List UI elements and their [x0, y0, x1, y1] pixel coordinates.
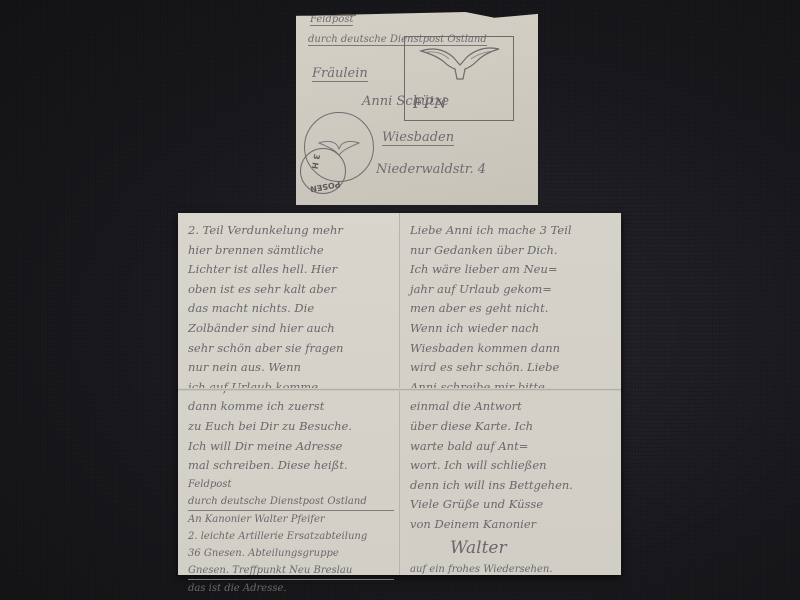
right-page-text: Liebe Anni ich mache 3 Teilnur Gedanken …: [410, 221, 615, 578]
handwritten-line: Gnesen. Treffpunkt Neu Breslau: [188, 562, 394, 580]
handwritten-line: zu Euch bei Dir zu Besuche.: [188, 417, 394, 437]
handwritten-line: warte bald auf Ant=: [410, 437, 615, 457]
letter-page-left: 2. Teil Verdunkelung mehrhier brennen sä…: [178, 213, 400, 575]
horizontal-fold-crease: [178, 388, 621, 391]
handwritten-letter: 2. Teil Verdunkelung mehrhier brennen sä…: [178, 213, 621, 575]
handwritten-line: denn ich will ins Bettgehen.: [410, 476, 615, 496]
handwritten-line: von Deinem Kanonier: [410, 515, 615, 535]
handwritten-line: 2. Teil Verdunkelung mehr: [188, 221, 394, 241]
handwritten-line: 36 Gnesen. Abteilungsgruppe: [188, 545, 394, 562]
envelope-recipient-city: Wiesbaden: [382, 130, 454, 146]
handwritten-line: mal schreiben. Diese heißt.: [188, 456, 394, 476]
handwritten-line: Viele Grüße und Küsse: [410, 495, 615, 515]
handwritten-line: dann komme ich zuerst: [188, 397, 394, 417]
handwritten-line: wird es sehr schön. Liebe: [410, 358, 615, 378]
handwritten-line: Ich will Dir meine Adresse: [188, 437, 394, 457]
handwritten-line: Liebe Anni ich mache 3 Teil: [410, 221, 615, 241]
handwritten-line: 2. leichte Artillerie Ersatzabteilung: [188, 528, 394, 545]
handwritten-line: jahr auf Urlaub gekom=: [410, 280, 615, 300]
handwritten-line: Feldpost: [188, 476, 394, 493]
handwritten-line: Walter: [450, 535, 615, 561]
handwritten-line: wort. Ich will schließen: [410, 456, 615, 476]
handwritten-line: über diese Karte. Ich: [410, 417, 615, 437]
letter-page-right: Liebe Anni ich mache 3 Teilnur Gedanken …: [400, 213, 621, 575]
handwritten-line: men aber es geht nicht.: [410, 299, 615, 319]
handwritten-line: Ich wäre lieber am Neu=: [410, 260, 615, 280]
handwritten-line: Lichter ist alles hell. Hier: [188, 260, 394, 280]
handwritten-line: Wenn ich wieder nach: [410, 319, 615, 339]
envelope-recipient-name: Anni Schütze: [362, 94, 449, 109]
handwritten-line: oben ist es sehr kalt aber: [188, 280, 394, 300]
envelope-recipient-street: Niederwaldstr. 4: [376, 162, 486, 177]
handwritten-line: An Kanonier Walter Pfeifer: [188, 511, 394, 528]
handwritten-line: auf ein frohes Wiedersehen.: [410, 561, 615, 578]
handwritten-line: Wiesbaden kommen dann: [410, 339, 615, 359]
handwritten-line: das macht nichts. Die: [188, 299, 394, 319]
handwritten-line: nur Gedanken über Dich.: [410, 241, 615, 261]
envelope-header-feldpost: Feldpost: [310, 14, 353, 26]
handwritten-line: einmal die Antwort: [410, 397, 615, 417]
vertical-fold-crease: [399, 213, 401, 575]
handwritten-line: das ist die Adresse.: [188, 580, 394, 597]
left-page-text: 2. Teil Verdunkelung mehrhier brennen sä…: [188, 221, 394, 597]
envelope-salutation: Fräulein: [312, 66, 368, 82]
handwritten-line: durch deutsche Dienstpost Ostland: [188, 493, 394, 511]
eagle-icon: [419, 43, 501, 83]
handwritten-line: nur nein aus. Wenn: [188, 358, 394, 378]
handwritten-line: hier brennen sämtliche: [188, 241, 394, 261]
handwritten-line: Zolbänder sind hier auch: [188, 319, 394, 339]
handwritten-line: sehr schön aber sie fragen: [188, 339, 394, 359]
feldpost-envelope: Feldpost durch deutsche Dienstpost Ostla…: [296, 12, 538, 205]
